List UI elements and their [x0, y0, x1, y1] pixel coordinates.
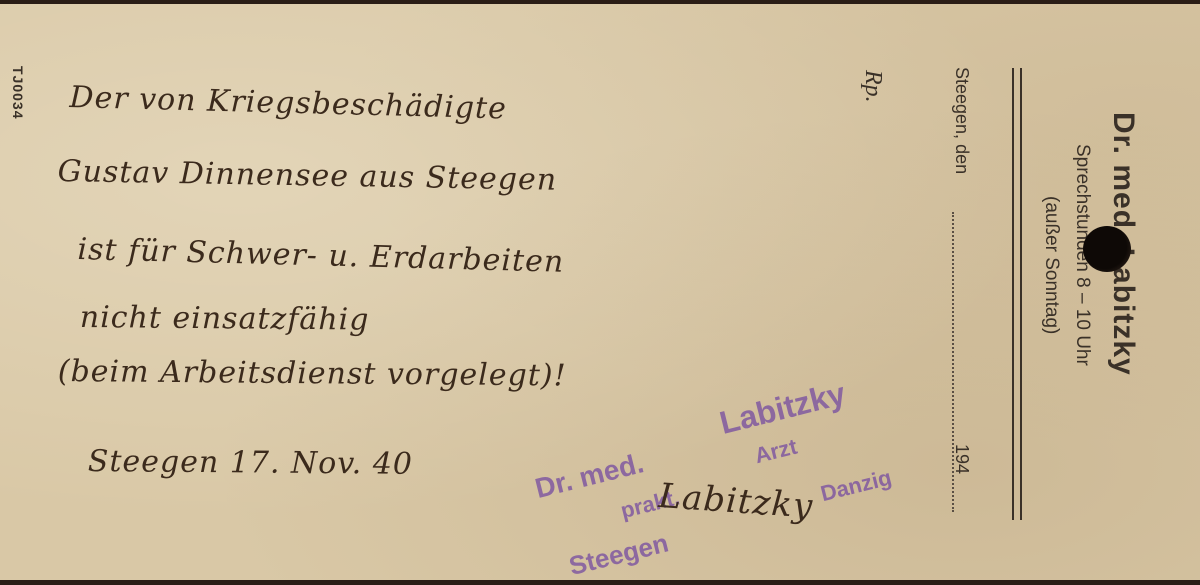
place-date-label: Steegen, den	[951, 67, 972, 174]
year-prefix: 194	[951, 444, 972, 474]
handwritten-line: (beim Arbeitsdienst vorgelegt)!	[58, 354, 567, 393]
document-id: TJ0034	[10, 66, 26, 119]
rp-label: Rp.	[859, 70, 886, 103]
stamp-line: Steegen	[566, 528, 672, 583]
stamp-line: Arzt	[752, 434, 800, 470]
doctor-signature: Labitzky	[657, 476, 814, 527]
stamp-line: Danzig	[818, 465, 894, 508]
handwritten-line: Gustav Dinnensee aus Steegen	[57, 154, 557, 198]
stamp-line: Labitzky	[716, 375, 849, 442]
double-rule-divider	[1012, 68, 1014, 520]
handwritten-line: nicht einsatzfähig	[80, 300, 370, 338]
handwritten-date-line: Steegen 17. Nov. 40	[88, 444, 413, 482]
prescription-slip: TJ0034 Dr. med. Labitzky Sprechstunden 8…	[0, 4, 1200, 581]
handwritten-line: ist für Schwer- u. Erdarbeiten	[77, 232, 565, 280]
handwritten-line: Der von Kriegsbeschädigte	[69, 80, 507, 126]
punch-hole	[1083, 226, 1131, 272]
double-rule-divider	[1020, 68, 1022, 520]
letterhead-exception: (außer Sonntag)	[1040, 196, 1062, 334]
scan-edge	[0, 580, 1200, 585]
